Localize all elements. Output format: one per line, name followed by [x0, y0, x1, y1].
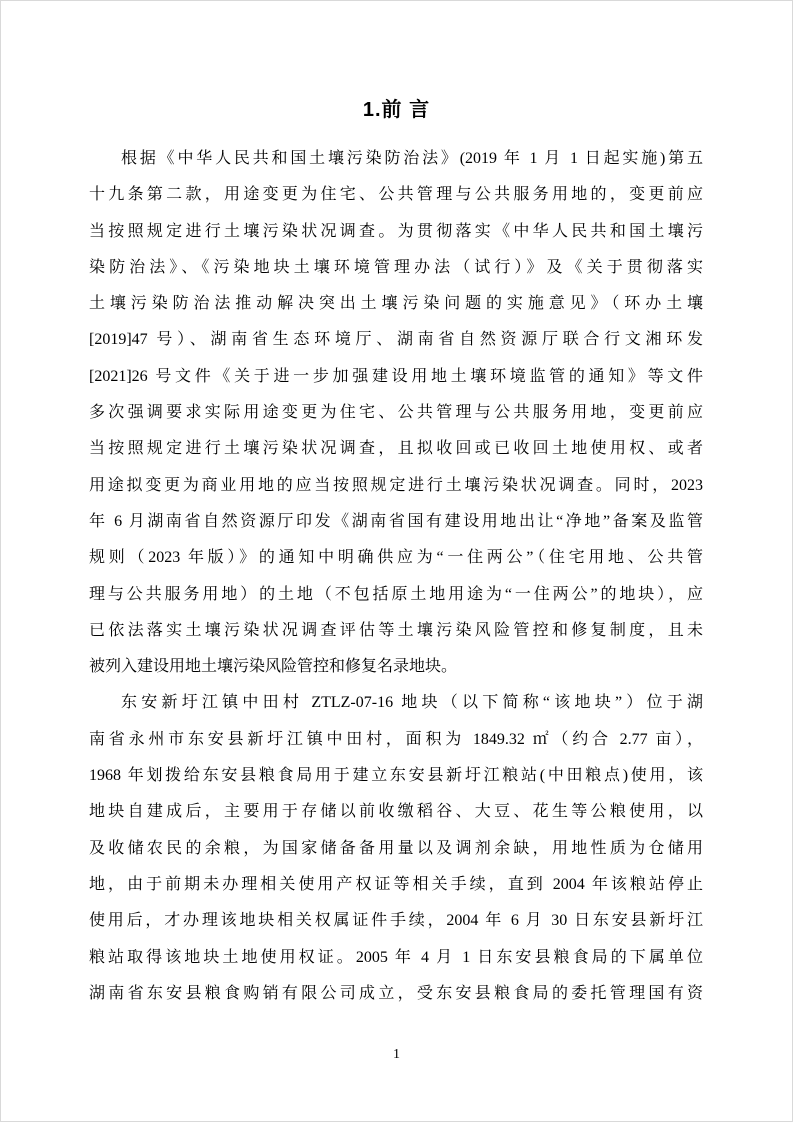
text-line: 根据《中华人民共和国土壤污染防治法》(2019 年 1 月 1 日起实施)第五: [89, 141, 703, 177]
text-line: 已依法落实土壤污染状况调查评估等土壤污染风险管控和修复制度，且未: [89, 613, 703, 649]
paragraph-2: 东安新圩江镇中田村 ZTLZ-07-16 地块（以下简称“该地块”）位于湖 南省…: [89, 685, 703, 1012]
document-page: 1.前 言 根据《中华人民共和国土壤污染防治法》(2019 年 1 月 1 日起…: [0, 0, 793, 1122]
text-line: 土壤污染防治法推动解决突出土壤污染问题的实施意见》（环办土壤: [89, 286, 703, 322]
text-line: 1968 年划拨给东安县粮食局用于建立东安县新圩江粮站(中田粮点)使用，该: [89, 758, 703, 794]
text-line: 当按照规定进行土壤污染状况调查，且拟收回或已收回土地使用权、或者: [89, 431, 703, 467]
text-line: 染防治法》、《污染地块土壤环境管理办法（试行）》及《关于贯彻落实: [89, 250, 703, 286]
text-line: 湖南省东安县粮食购销有限公司成立，受东安县粮食局的委托管理国有资: [89, 976, 703, 1012]
text-line: [2019]47 号）、湖南省生态环境厅、湖南省自然资源厅联合行文湘环发: [89, 322, 703, 358]
text-line: 理与公共服务用地）的土地（不包括原土地用途为“一住两公”的地块），应: [89, 577, 703, 613]
text-line: 十九条第二款，用途变更为住宅、公共管理与公共服务用地的，变更前应: [89, 177, 703, 213]
page-number: 1: [1, 1047, 792, 1063]
text-line: 及收储农民的余粮，为国家储备备用量以及调剂余缺，用地性质为仓储用: [89, 831, 703, 867]
text-line: 规则（2023 年版）》的通知中明确供应为“一住两公”（住宅用地、公共管: [89, 540, 703, 576]
text-line: 地块自建成后，主要用于存储以前收缴稻谷、大豆、花生等公粮使用，以: [89, 794, 703, 830]
text-line: 地，由于前期未办理相关使用产权证等相关手续，直到 2004 年该粮站停止: [89, 867, 703, 903]
text-line: 被列入建设用地土壤污染风险管控和修复名录地块。: [89, 649, 703, 685]
text-line: 年 6 月湖南省自然资源厅印发《湖南省国有建设用地出让“净地”备案及监管: [89, 504, 703, 540]
text-line: 用途拟变更为商业用地的应当按照规定进行土壤污染状况调查。同时，2023: [89, 468, 703, 504]
text-line: 粮站取得该地块土地使用权证。2005 年 4 月 1 日东安县粮食局的下属单位: [89, 940, 703, 976]
paragraph-1: 根据《中华人民共和国土壤污染防治法》(2019 年 1 月 1 日起实施)第五 …: [89, 141, 703, 685]
document-body: 根据《中华人民共和国土壤污染防治法》(2019 年 1 月 1 日起实施)第五 …: [89, 141, 703, 1012]
text-line: 当按照规定进行土壤污染状况调查。为贯彻落实《中华人民共和国土壤污: [89, 214, 703, 250]
text-line: 南省永州市东安县新圩江镇中田村，面积为 1849.32 ㎡（约合 2.77 亩）…: [89, 722, 703, 758]
section-title: 1.前 言: [1, 93, 792, 122]
text-line: 多次强调要求实际用途变更为住宅、公共管理与公共服务用地，变更前应: [89, 395, 703, 431]
text-line: 东安新圩江镇中田村 ZTLZ-07-16 地块（以下简称“该地块”）位于湖: [89, 685, 703, 721]
text-line: 使用后，才办理该地块相关权属证件手续，2004 年 6 月 30 日东安县新圩江: [89, 903, 703, 939]
text-line: [2021]26 号文件《关于进一步加强建设用地土壤环境监管的通知》等文件: [89, 359, 703, 395]
